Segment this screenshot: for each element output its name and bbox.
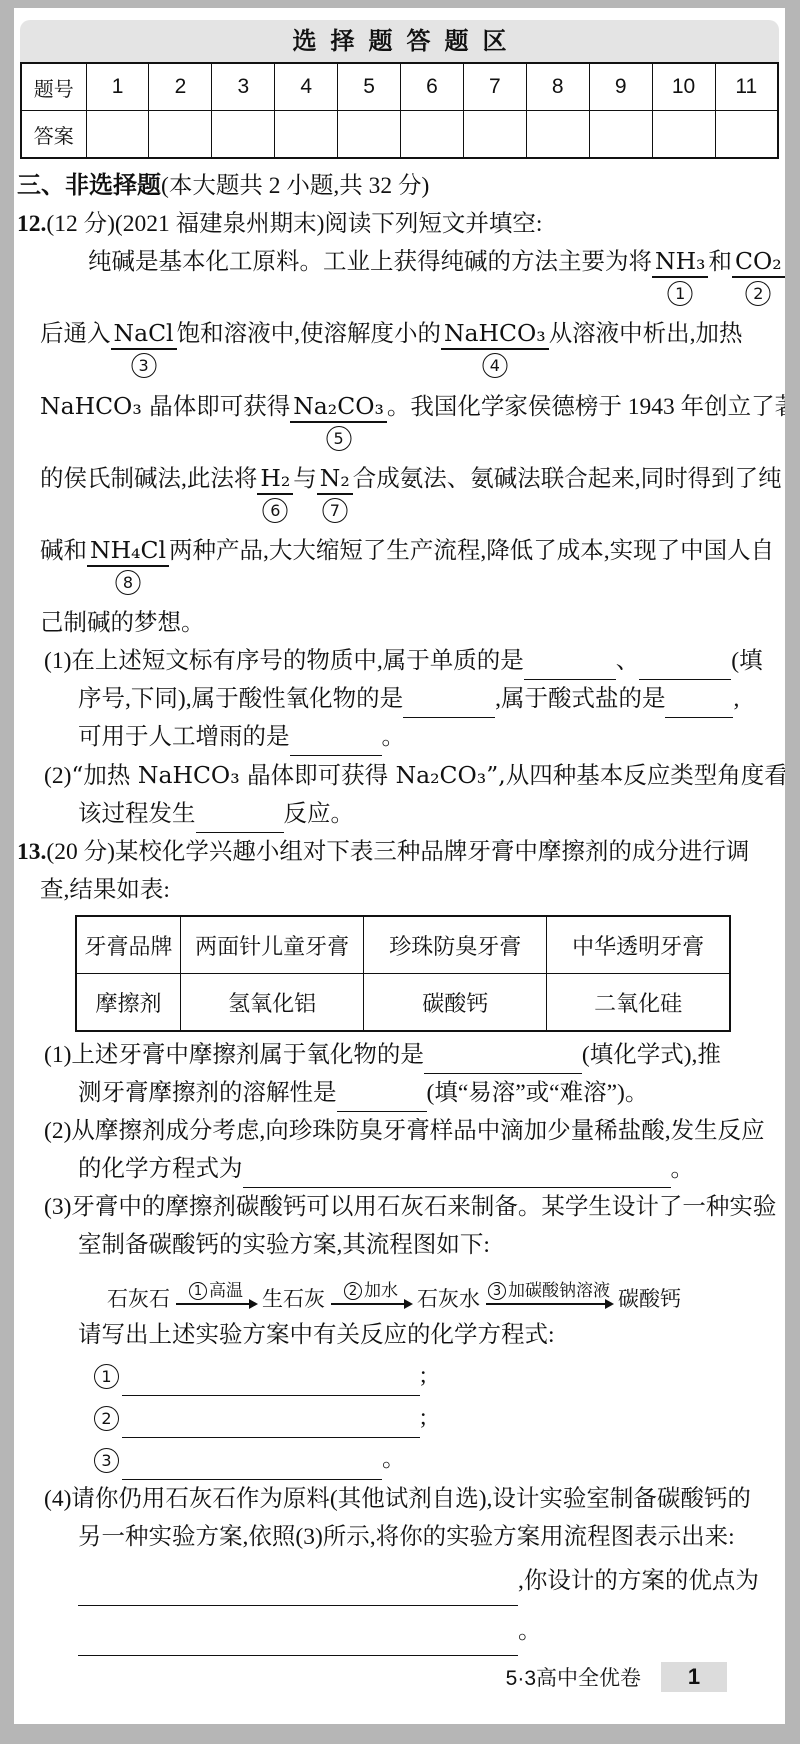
answer-cell — [86, 111, 149, 159]
blank-line — [639, 652, 731, 680]
text-run: 。 — [671, 1156, 695, 1182]
flow-circled-number: 1 — [189, 1282, 207, 1300]
text-run: 碱和 — [40, 538, 87, 564]
text-run: ,属于酸式盐的是 — [495, 686, 665, 712]
answer-cell — [212, 111, 275, 159]
answer-cell — [526, 111, 589, 159]
answer-sheet: 选择题答题区 题号 1 2 3 4 5 6 7 8 9 10 11 答案 — [20, 20, 779, 159]
answer-cell — [275, 111, 338, 159]
flow-arrow-text: 加碳酸钠溶液 — [508, 1281, 610, 1301]
text-run: 合成氨法、氨碱法联合起来,同时得到了纯 — [353, 466, 782, 492]
flow-circled-number: 2 — [344, 1282, 362, 1300]
tagged-formula: NaCl3 — [111, 319, 177, 350]
flow-arrow: 1高温 — [176, 1281, 256, 1305]
question-number-cell: 5 — [338, 63, 401, 111]
text-run: “加热 NaHCO₃ 晶体即可获得 Na₂CO₃”,从四种基本反应类型角度看, — [71, 761, 785, 789]
sub-label: (1) — [44, 1042, 71, 1068]
chem-formula: NH₄Cl — [90, 536, 166, 564]
question-number: 12. — [17, 211, 46, 237]
question-number-cell: 10 — [652, 63, 715, 111]
answer-cell — [149, 111, 212, 159]
question-number-cell: 7 — [463, 63, 526, 111]
text-run: NaHCO₃ 晶体即可获得 — [40, 392, 290, 420]
flow-circled-number: 3 — [488, 1282, 506, 1300]
question-intro: (12 分)(2021 福建泉州期末)阅读下列短文并填空: — [46, 211, 542, 237]
text-run: 反应。 — [284, 801, 355, 827]
page-footer: 5·3高中全优卷 1 — [506, 1662, 727, 1692]
row-label-answer: 答案 — [21, 111, 86, 159]
blank-line — [337, 1084, 427, 1112]
text-run: 。我国化学家侯德榜于 1943 年创立了著名 — [387, 394, 785, 420]
circled-number: 4 — [482, 353, 507, 378]
text-run: 序号,下同),属于酸性氧化物的是 — [78, 686, 403, 712]
text-run: 在上述短文标有序号的物质中,属于单质的是 — [71, 648, 523, 674]
chem-formula: Na₂CO₃ — [293, 392, 384, 420]
flow-chart: 石灰石 1高温 生石灰 2加水 石灰水 3加碳酸钠溶液 碳 — [17, 1264, 771, 1316]
text-run: (填“易溶”或“难溶”)。 — [427, 1080, 649, 1106]
text-run: ; — [420, 1362, 427, 1388]
question-number-cell: 4 — [275, 63, 338, 111]
blank-line — [243, 1160, 671, 1188]
question-intro: (20 分)某校化学兴趣小组对下表三种品牌牙膏中摩擦剂的成分进行调 — [46, 839, 749, 865]
flow-arrow-text: 加水 — [364, 1281, 398, 1301]
section-meta: (本大题共 2 小题,共 32 分) — [161, 173, 429, 199]
text-run: 的化学方程式为 — [78, 1156, 243, 1182]
chem-formula: NaCl — [114, 319, 174, 347]
flow-arrow-shaft — [331, 1303, 411, 1305]
tagged-formula: N₂7 — [317, 464, 353, 495]
chem-formula: NaHCO₃ — [444, 319, 546, 347]
passage-line: NaHCO₃ 晶体即可获得Na₂CO₃5。我国化学家侯德榜于 1943 年创立了… — [17, 387, 771, 460]
answer-cell — [589, 111, 652, 159]
table-cell: 碳酸钙 — [364, 974, 547, 1032]
table-header-cell: 珍珠防臭牙膏 — [364, 916, 547, 974]
blank-line — [122, 1452, 382, 1480]
blank-line — [524, 652, 616, 680]
table-header-cell: 牙膏品牌 — [76, 916, 181, 974]
sub-question-line: (2)从摩擦剂成分考虑,向珍珠防臭牙膏样品中滴加少量稀盐酸,发生反应 — [17, 1112, 771, 1150]
circled-number: 7 — [322, 498, 347, 523]
flow-arrow-label: 1高温 — [187, 1281, 245, 1301]
passage-line: 碱和NH₄Cl8两种产品,大大缩短了生产流程,降低了成本,实现了中国人自 — [17, 532, 771, 604]
sub-question-line: 请写出上述实验方案中有关反应的化学方程式: — [17, 1316, 771, 1354]
equation-circled-number: 3 — [94, 1448, 119, 1473]
question-number-row: 题号 1 2 3 4 5 6 7 8 9 10 11 — [21, 63, 778, 111]
chem-formula: CO₂ — [735, 247, 782, 275]
text-run: 该过程发生 — [78, 801, 196, 827]
text-run: 。 — [382, 1446, 406, 1472]
table-header-cell: 两面针儿童牙膏 — [181, 916, 364, 974]
sub-question-2: (2)“加热 NaHCO₃ 晶体即可获得 Na₂CO₃”,从四种基本反应类型角度… — [17, 756, 771, 833]
tagged-formula: NH₄Cl8 — [87, 536, 169, 567]
sub-question-line: (4)请你仍用石灰石作为原料(其他试剂自选),设计实验室制备碳酸钙的 — [17, 1480, 771, 1518]
equation-line: 1; — [17, 1354, 771, 1396]
footer-page-number: 1 — [661, 1662, 727, 1692]
text-run: (填化学式),推 — [582, 1042, 721, 1068]
answer-sheet-title: 选择题答题区 — [20, 20, 779, 62]
circled-number: 2 — [746, 281, 771, 306]
flow-node: 生石灰 — [259, 1289, 328, 1312]
circled-number: 3 — [131, 353, 156, 378]
text-run: 另一种实验方案,依照(3)所示,将你的实验方案用流程图表示出来: — [78, 1524, 735, 1550]
flow-arrow: 3加碳酸钠溶液 — [486, 1281, 612, 1305]
sub-question-line: 室制备碳酸钙的实验方案,其流程图如下: — [17, 1226, 771, 1264]
text-run: 的侯氏制碱法,此法将 — [40, 466, 257, 492]
question-13-heading: 13.(20 分)某校化学兴趣小组对下表三种品牌牙膏中摩擦剂的成分进行调 — [17, 833, 771, 871]
sub-question-line: ,你设计的方案的优点为 — [17, 1556, 771, 1606]
circled-number: 6 — [263, 498, 288, 523]
tagged-formula: NaHCO₃4 — [441, 319, 549, 350]
equation-circled-number: 1 — [94, 1364, 119, 1389]
table-cell: 二氧化硅 — [547, 974, 730, 1032]
text-run: 可用于人工增雨的是 — [78, 724, 290, 750]
text-run: ; — [420, 1404, 427, 1430]
flow-arrow: 2加水 — [331, 1281, 411, 1305]
answer-cell — [401, 111, 464, 159]
text-run: 从溶液中析出,加热 — [549, 321, 743, 347]
text-run: (填 — [731, 648, 762, 674]
blank-line — [403, 690, 495, 718]
section-title: 三、非选择题 — [17, 172, 161, 199]
text-run: 牙膏中的摩擦剂碳酸钙可以用石灰石来制备。某学生设计了一种实验 — [71, 1194, 776, 1220]
blank-line — [78, 1578, 518, 1606]
question-number-cell: 6 — [401, 63, 464, 111]
text-run: 室制备碳酸钙的实验方案,其流程图如下: — [78, 1232, 490, 1258]
sub-question-1: (1)上述牙膏中摩擦剂属于氧化物的是(填化学式),推 测牙膏摩擦剂的溶解性是(填… — [17, 1036, 771, 1112]
sub-question-3: (3)牙膏中的摩擦剂碳酸钙可以用石灰石来制备。某学生设计了一种实验 室制备碳酸钙… — [17, 1188, 771, 1480]
toothpaste-table: 牙膏品牌 两面针儿童牙膏 珍珠防臭牙膏 中华透明牙膏 摩擦剂 氢氧化铝 碳酸钙 … — [75, 915, 731, 1032]
question-12: 12.(12 分)(2021 福建泉州期末)阅读下列短文并填空: 纯碱是基本化工… — [17, 205, 771, 833]
sub-question-line: 的化学方程式为。 — [17, 1150, 771, 1188]
sub-question-line: 序号,下同),属于酸性氧化物的是,属于酸式盐的是, — [17, 680, 771, 718]
answer-table: 题号 1 2 3 4 5 6 7 8 9 10 11 答案 — [20, 62, 779, 159]
answer-cell — [652, 111, 715, 159]
sub-label: (4) — [44, 1486, 71, 1512]
sub-question-line: 可用于人工增雨的是。 — [17, 718, 771, 756]
text-run: 从摩擦剂成分考虑,向珍珠防臭牙膏样品中滴加少量稀盐酸,发生反应 — [71, 1118, 764, 1144]
chem-formula: H₂ — [260, 464, 290, 492]
flow-arrow-shaft — [176, 1303, 256, 1305]
passage: 纯碱是基本化工原料。工业上获得纯碱的方法主要为将NH₃1和CO₂2先 后通入Na… — [17, 243, 771, 642]
text-run: 。 — [518, 1618, 542, 1644]
blank-line — [196, 805, 284, 833]
tagged-formula: CO₂2 — [732, 247, 785, 278]
sub-question-line: (2)“加热 NaHCO₃ 晶体即可获得 Na₂CO₃”,从四种基本反应类型角度… — [17, 756, 771, 795]
flow-node: 石灰石 — [104, 1289, 173, 1312]
text-run: 测牙膏摩擦剂的溶解性是 — [78, 1080, 337, 1106]
question-number-cell: 1 — [86, 63, 149, 111]
row-label-number: 题号 — [21, 63, 86, 111]
sub-question-line: (3)牙膏中的摩擦剂碳酸钙可以用石灰石来制备。某学生设计了一种实验 — [17, 1188, 771, 1226]
equation-circled-number: 2 — [94, 1406, 119, 1431]
section-heading: 三、非选择题(本大题共 2 小题,共 32 分) — [17, 167, 771, 205]
answer-cell — [715, 111, 778, 159]
flow-arrow-label: 2加水 — [342, 1281, 400, 1301]
circled-number: 8 — [115, 570, 140, 595]
sub-question-line: 该过程发生反应。 — [17, 795, 771, 833]
table-header-row: 牙膏品牌 两面针儿童牙膏 珍珠防臭牙膏 中华透明牙膏 — [76, 916, 730, 974]
passage-line: 己制碱的梦想。 — [17, 604, 771, 642]
sub-question-line: (1)在上述短文标有序号的物质中,属于单质的是、(填 — [17, 642, 771, 680]
flow-arrow-shaft — [486, 1303, 612, 1305]
sub-question-2: (2)从摩擦剂成分考虑,向珍珠防臭牙膏样品中滴加少量稀盐酸,发生反应 的化学方程… — [17, 1112, 771, 1188]
chem-formula: N₂ — [320, 464, 350, 492]
blank-line — [290, 728, 382, 756]
flow-arrow-text: 高温 — [209, 1281, 243, 1301]
text-run: 己制碱的梦想。 — [40, 610, 205, 636]
blank-line — [122, 1368, 420, 1396]
sub-label: (3) — [44, 1194, 71, 1220]
question-13: 13.(20 分)某校化学兴趣小组对下表三种品牌牙膏中摩擦剂的成分进行调 查,结… — [17, 833, 771, 1656]
text-run: 请写出上述实验方案中有关反应的化学方程式: — [78, 1322, 555, 1348]
text-run: 、 — [616, 648, 640, 674]
question-number-cell: 11 — [715, 63, 778, 111]
sub-label: (2) — [44, 1118, 71, 1144]
blank-line — [424, 1046, 582, 1074]
text-run: 请你仍用石灰石作为原料(其他试剂自选),设计实验室制备碳酸钙的 — [71, 1486, 751, 1512]
passage-line: 后通入NaCl3饱和溶液中,使溶解度小的NaHCO₃4从溶液中析出,加热 — [17, 315, 771, 387]
blank-line — [665, 690, 733, 718]
sub-question-line: (1)上述牙膏中摩擦剂属于氧化物的是(填化学式),推 — [17, 1036, 771, 1074]
passage-line: 的侯氏制碱法,此法将H₂6与N₂7合成氨法、氨碱法联合起来,同时得到了纯 — [17, 460, 771, 532]
blank-line — [78, 1628, 518, 1656]
table-cell: 氢氧化铝 — [181, 974, 364, 1032]
circled-number: 1 — [668, 281, 693, 306]
question-number-cell: 3 — [212, 63, 275, 111]
sub-question-line: 。 — [17, 1606, 771, 1656]
table-row: 摩擦剂 氢氧化铝 碳酸钙 二氧化硅 — [76, 974, 730, 1032]
tagged-formula: Na₂CO₃5 — [290, 392, 387, 423]
answer-cell — [338, 111, 401, 159]
tagged-formula: NH₃1 — [652, 247, 708, 278]
question-number-cell: 2 — [149, 63, 212, 111]
sub-question-line: 另一种实验方案,依照(3)所示,将你的实验方案用流程图表示出来: — [17, 1518, 771, 1556]
question-number-cell: 8 — [526, 63, 589, 111]
sub-question-1: (1)在上述短文标有序号的物质中,属于单质的是、(填 序号,下同),属于酸性氧化… — [17, 642, 771, 756]
exam-page: 选择题答题区 题号 1 2 3 4 5 6 7 8 9 10 11 答案 — [14, 8, 785, 1724]
answer-cell — [463, 111, 526, 159]
chem-formula: NH₃ — [655, 247, 705, 275]
equation-line: 3。 — [17, 1438, 771, 1480]
text-run: 。 — [382, 724, 406, 750]
table-cell: 摩擦剂 — [76, 974, 181, 1032]
answer-row: 答案 — [21, 111, 778, 159]
text-run: 与 — [293, 466, 317, 492]
flow-node: 石灰水 — [414, 1289, 483, 1312]
sub-question-4: (4)请你仍用石灰石作为原料(其他试剂自选),设计实验室制备碳酸钙的 另一种实验… — [17, 1480, 771, 1656]
passage-line: 纯碱是基本化工原料。工业上获得纯碱的方法主要为将NH₃1和CO₂2先 — [17, 243, 771, 315]
flow-node: 碳酸钙 — [615, 1289, 684, 1312]
text-run: 两种产品,大大缩短了生产流程,降低了成本,实现了中国人自 — [169, 538, 774, 564]
text-run: ,你设计的方案的优点为 — [518, 1568, 759, 1594]
blank-line — [122, 1410, 420, 1438]
tagged-formula: H₂6 — [257, 464, 293, 495]
text-run: 查,结果如表: — [40, 877, 170, 903]
question-number-cell: 9 — [589, 63, 652, 111]
equation-line: 2; — [17, 1396, 771, 1438]
text-run: , — [733, 686, 739, 712]
footer-brand: 5·3高中全优卷 — [506, 1662, 641, 1692]
sub-label: (2) — [44, 763, 71, 789]
text-run: 纯碱是基本化工原料。工业上获得纯碱的方法主要为将 — [88, 249, 652, 275]
flow-arrow-label: 3加碳酸钠溶液 — [486, 1281, 612, 1301]
sub-question-line: 测牙膏摩擦剂的溶解性是(填“易溶”或“难溶”)。 — [17, 1074, 771, 1112]
question-12-heading: 12.(12 分)(2021 福建泉州期末)阅读下列短文并填空: — [17, 205, 771, 243]
text-run: 后通入 — [40, 321, 111, 347]
text-run: 和 — [708, 249, 732, 275]
table-header-cell: 中华透明牙膏 — [547, 916, 730, 974]
exam-body: 三、非选择题(本大题共 2 小题,共 32 分) 12.(12 分)(2021 … — [14, 167, 785, 1656]
text-run: 饱和溶液中,使溶解度小的 — [177, 321, 441, 347]
circled-number: 5 — [326, 426, 351, 451]
question-intro-line: 查,结果如表: — [17, 871, 771, 909]
sub-label: (1) — [44, 648, 71, 674]
question-number: 13. — [17, 839, 46, 865]
text-run: 上述牙膏中摩擦剂属于氧化物的是 — [71, 1042, 424, 1068]
